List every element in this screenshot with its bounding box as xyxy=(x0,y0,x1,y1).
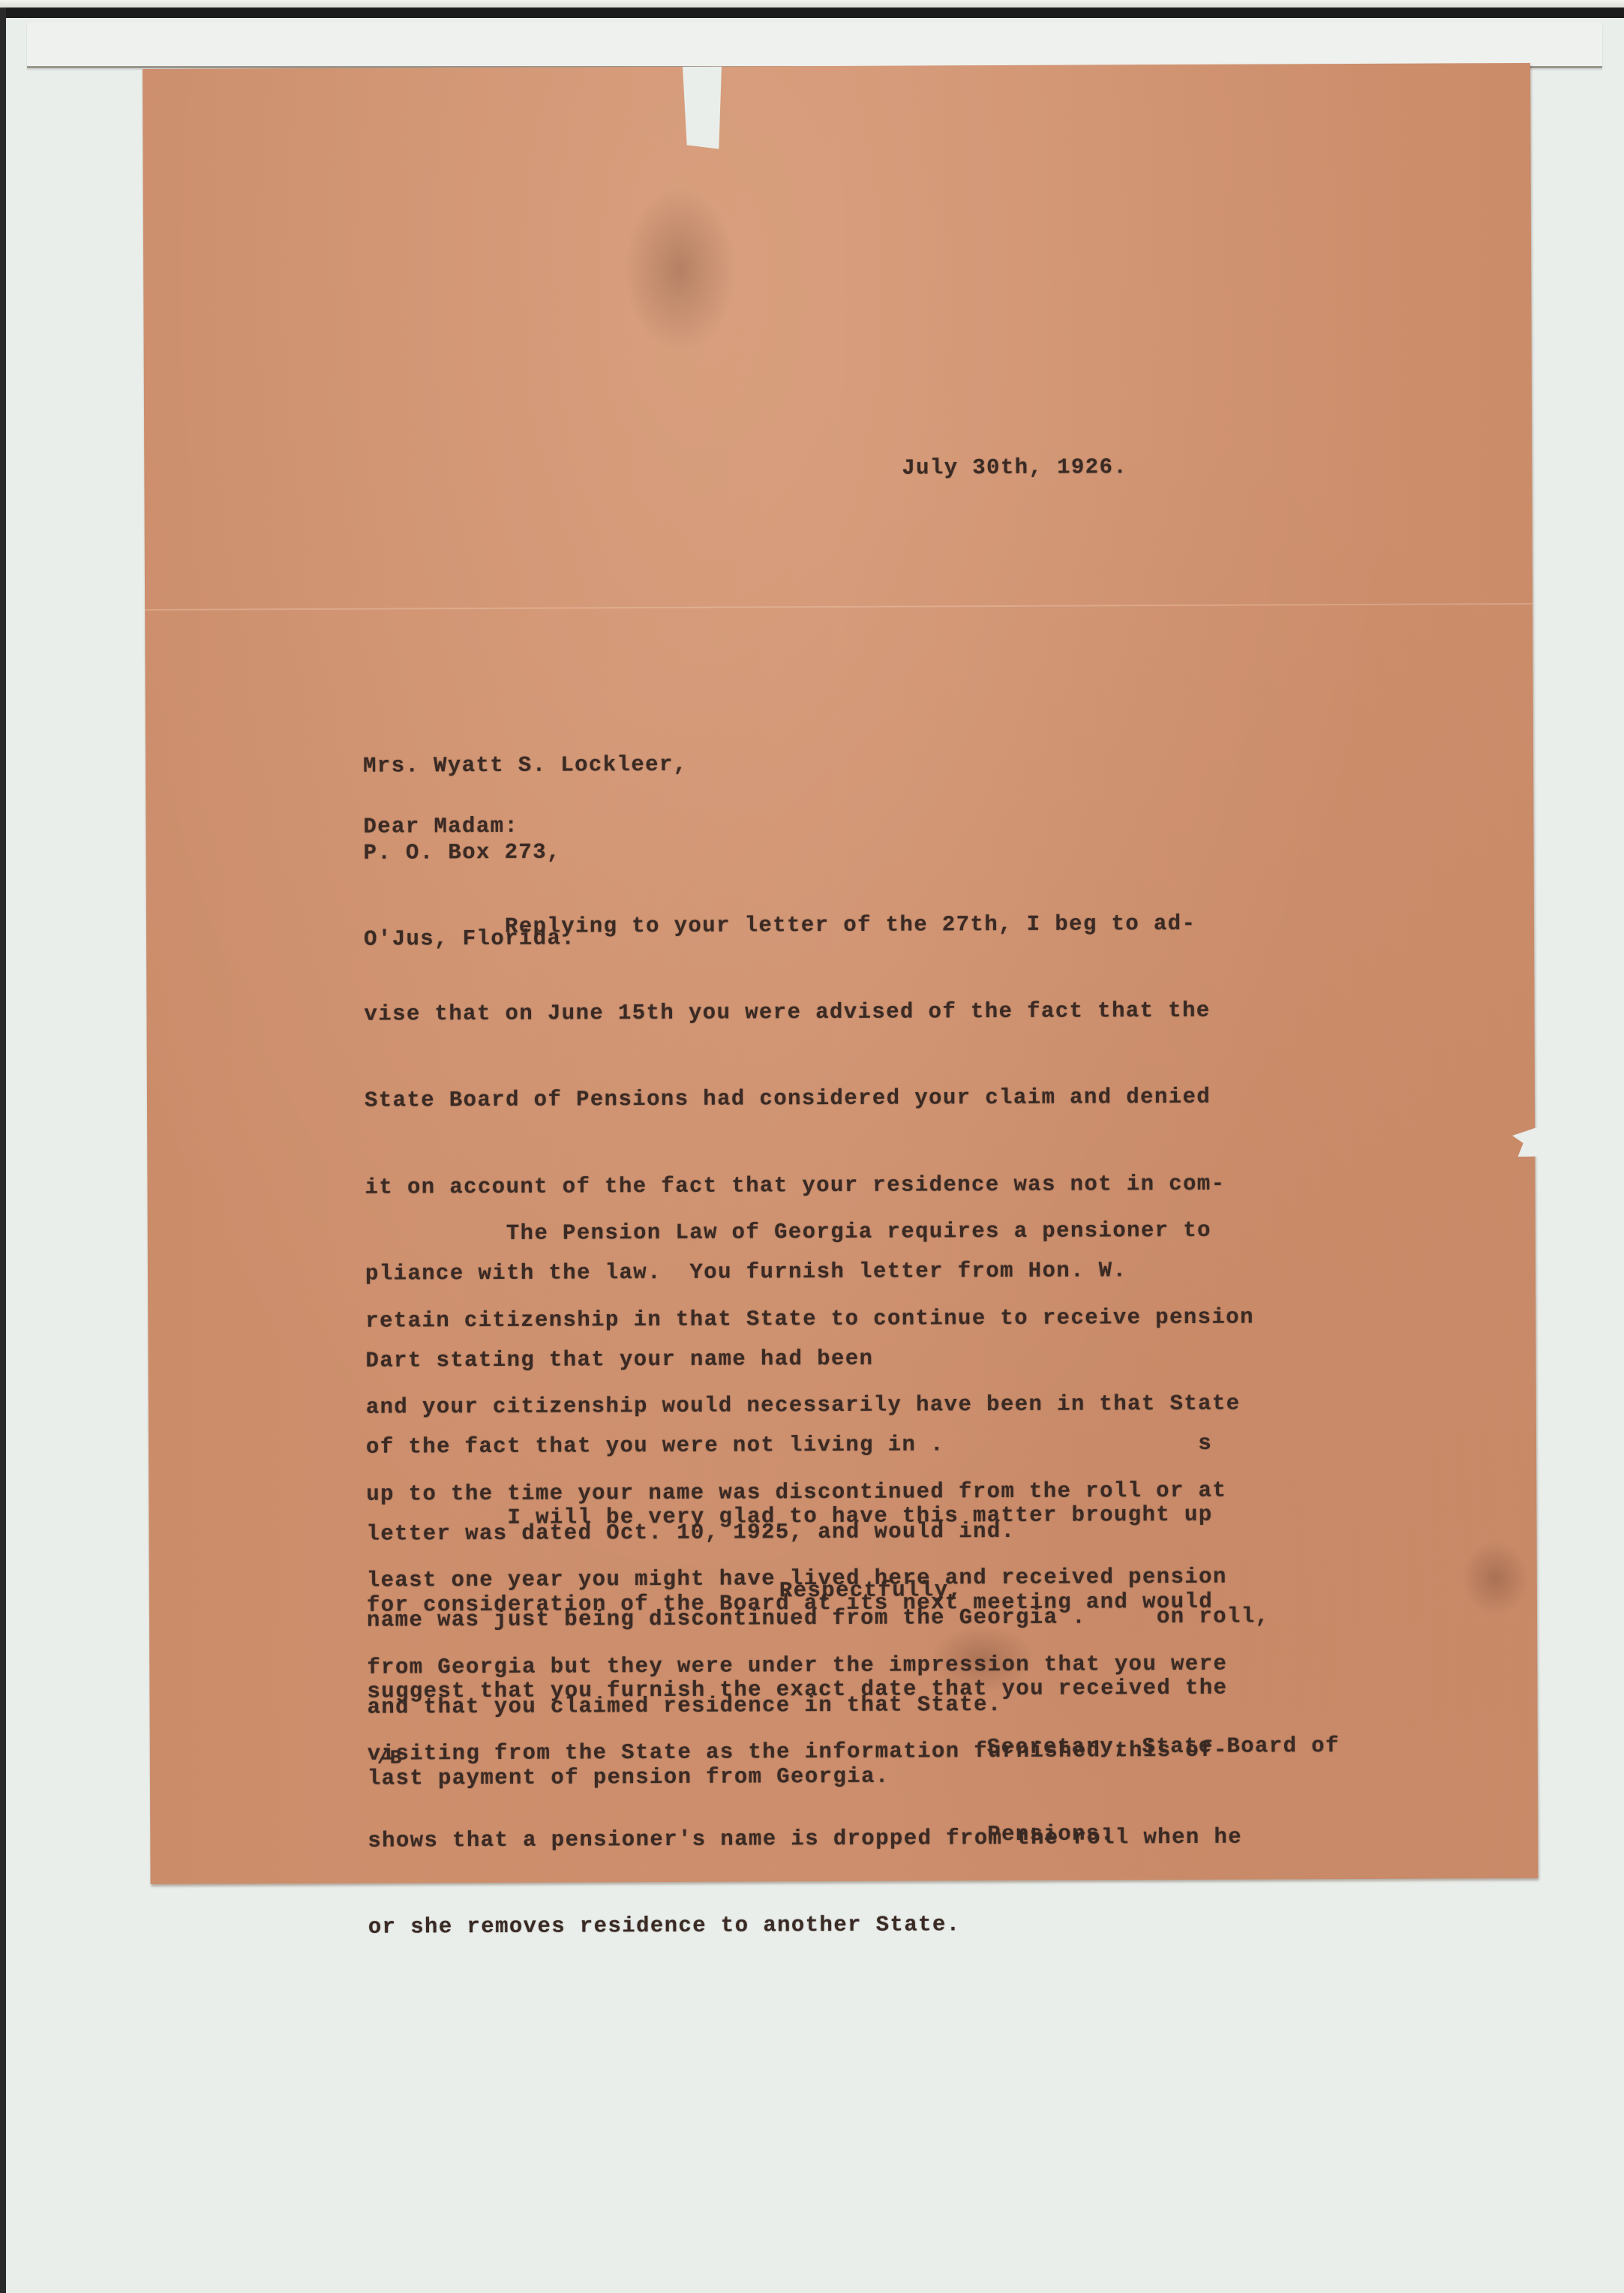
paragraph-line: and your citizenship would necessarily h… xyxy=(366,1390,1255,1423)
mounting-strip xyxy=(27,23,1602,68)
scanner-left-edge xyxy=(0,8,6,2293)
signature-block: Secretary, State Board of Pensions. xyxy=(986,1674,1340,1907)
salutation: Dear Madam: xyxy=(363,812,518,842)
closing: Respectfully, xyxy=(779,1576,963,1606)
signature-title-cont: Pensions. xyxy=(987,1819,1340,1850)
paragraph-line: The Pension Law of Georgia requires a pe… xyxy=(365,1217,1254,1250)
letter-date: July 30th, 1926. xyxy=(902,453,1127,483)
paper-smudge xyxy=(1462,1541,1529,1616)
paragraph-line: or she removes residence to another Stat… xyxy=(368,1910,1257,1943)
typist-initials: /B xyxy=(377,1744,403,1773)
paragraph-line: State Board of Pensions had considered y… xyxy=(365,1082,1268,1115)
paragraph-line: vise that on June 15th you were advised … xyxy=(364,996,1267,1029)
signature-title: Secretary, State Board of xyxy=(987,1732,1340,1763)
paper-smudge xyxy=(623,187,737,353)
recipient-name: Mrs. Wyatt S. Lockleer, xyxy=(363,751,688,781)
letter-paper: July 30th, 1926. Mrs. Wyatt S. Lockleer,… xyxy=(143,63,1538,1884)
paper-tear-right xyxy=(1512,1127,1539,1157)
fold-line xyxy=(145,603,1532,611)
paper-tear-top xyxy=(683,67,722,149)
paragraph-line: I will be very glad to have this matter … xyxy=(366,1501,1226,1534)
paragraph-line: Replying to your letter of the 27th, I b… xyxy=(364,909,1267,942)
scanner-top-bar xyxy=(5,8,1624,18)
paragraph-line: retain citizenship in that State to cont… xyxy=(365,1303,1254,1336)
